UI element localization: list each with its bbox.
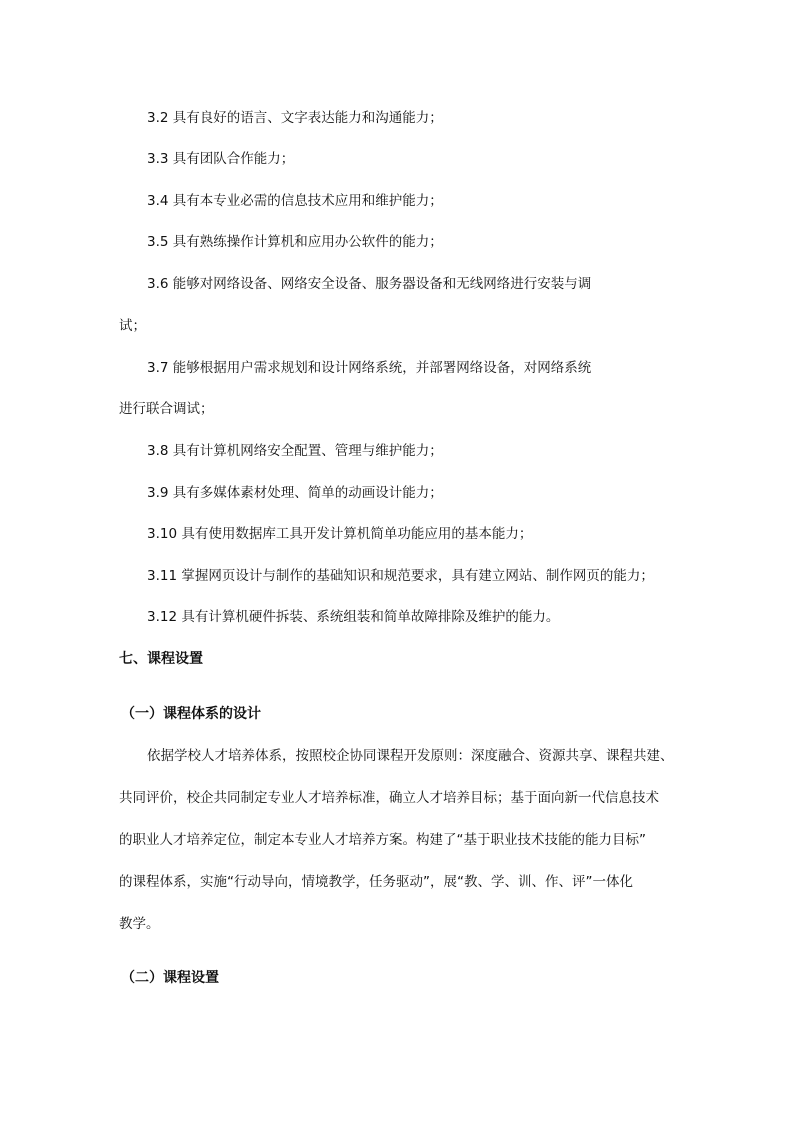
ability-item-3-6-continuation: 试；	[119, 317, 146, 335]
item-text: 能够根据用户需求规划和设计网络系统，并部署网络设备，对网络系统	[173, 360, 592, 376]
ability-item-3-8: 3.8 具有计算机网络安全配置、管理与维护能力；	[147, 442, 443, 460]
item-text: 具有多媒体素材处理、简单的动画设计能力；	[173, 485, 443, 501]
item-number: 3.4	[147, 193, 168, 209]
document-page: 3.2 具有良好的语言、文字表达能力和沟通能力； 3.3 具有团队合作能力； 3…	[0, 0, 794, 1123]
ability-item-3-11: 3.11 掌握网页设计与制作的基础知识和规范要求，具有建立网站、制作网页的能力；	[147, 567, 654, 585]
paragraph-line-1: 依据学校人才培养体系，按照校企协同课程开发原则：深度融合、资源共享、课程共建、	[147, 747, 674, 765]
item-text: 具有本专业必需的信息技术应用和维护能力；	[173, 193, 443, 209]
item-number: 3.10	[147, 526, 177, 542]
item-text: 掌握网页设计与制作的基础知识和规范要求，具有建立网站、制作网页的能力；	[181, 568, 654, 584]
subsection-heading-1: （一）课程体系的设计	[121, 705, 261, 723]
item-number: 3.9	[147, 485, 168, 501]
item-text: 具有团队合作能力；	[173, 151, 295, 167]
item-text: 具有良好的语言、文字表达能力和沟通能力；	[173, 110, 443, 126]
item-text: 具有计算机硬件拆装、系统组装和简单故障排除及维护的能力。	[181, 609, 559, 625]
paragraph-line-4: 的课程体系，实施“行动导向，情境教学，任务驱动”，展“教、学、训、作、评”一体化	[119, 873, 633, 891]
item-number: 3.2	[147, 110, 168, 126]
item-number: 3.11	[147, 568, 177, 584]
item-text: 具有熟练操作计算机和应用办公软件的能力；	[173, 234, 443, 250]
paragraph-line-3: 的职业人才培养定位，制定本专业人才培养方案。构建了“基于职业技术技能的能力目标”	[119, 831, 646, 849]
ability-item-3-7-continuation: 进行联合调试；	[119, 400, 214, 418]
ability-item-3-10: 3.10 具有使用数据库工具开发计算机简单功能应用的基本能力；	[147, 525, 532, 543]
ability-item-3-3: 3.3 具有团队合作能力；	[147, 150, 294, 168]
item-number: 3.12	[147, 609, 177, 625]
item-text: 具有计算机网络安全配置、管理与维护能力；	[173, 443, 443, 459]
ability-item-3-4: 3.4 具有本专业必需的信息技术应用和维护能力；	[147, 192, 443, 210]
item-text: 能够对网络设备、网络安全设备、服务器设备和无线网络进行安装与调	[173, 276, 592, 292]
ability-item-3-9: 3.9 具有多媒体素材处理、简单的动画设计能力；	[147, 484, 443, 502]
ability-item-3-6: 3.6 能够对网络设备、网络安全设备、服务器设备和无线网络进行安装与调	[147, 275, 591, 293]
ability-item-3-5: 3.5 具有熟练操作计算机和应用办公软件的能力；	[147, 233, 443, 251]
item-number: 3.8	[147, 443, 168, 459]
paragraph-line-2: 共同评价，校企共同制定专业人才培养标准，确立人才培养目标；基于面向新一代信息技术	[119, 789, 659, 807]
subsection-heading-2: （二）课程设置	[121, 969, 219, 987]
ability-item-3-12: 3.12 具有计算机硬件拆装、系统组装和简单故障排除及维护的能力。	[147, 608, 559, 626]
item-number: 3.3	[147, 151, 168, 167]
ability-item-3-7: 3.7 能够根据用户需求规划和设计网络系统，并部署网络设备，对网络系统	[147, 359, 591, 377]
section-heading: 七、课程设置	[119, 650, 203, 668]
item-text: 具有使用数据库工具开发计算机简单功能应用的基本能力；	[181, 526, 532, 542]
item-number: 3.6	[147, 276, 168, 292]
paragraph-line-5: 教学。	[119, 915, 160, 933]
item-number: 3.7	[147, 360, 168, 376]
item-number: 3.5	[147, 234, 168, 250]
ability-item-3-2: 3.2 具有良好的语言、文字表达能力和沟通能力；	[147, 109, 443, 127]
